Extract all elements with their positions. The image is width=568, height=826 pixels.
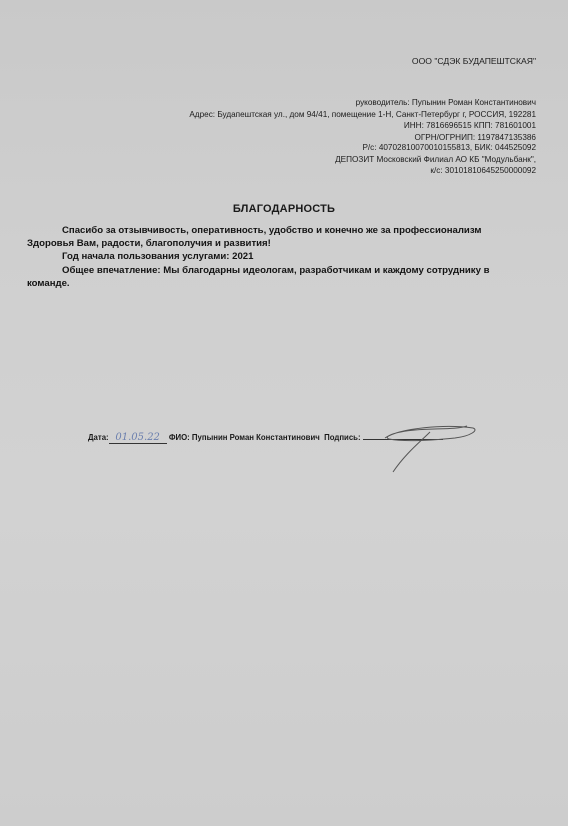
bank-name: ДЕПОЗИТ Московский Филиал АО КБ "Модульб…: [335, 154, 536, 166]
corr-account: к/с: 30101810645250000092: [335, 165, 536, 177]
paragraph: Общее впечатление: Мы благодарны идеолог…: [27, 264, 527, 290]
address: Адрес: Будапештская ул., дом 94/41, поме…: [189, 109, 536, 121]
document-title: БЛАГОДАРНОСТЬ: [0, 203, 568, 215]
company-name: ООО "СДЭК БУДАПЕШТСКАЯ": [412, 56, 536, 68]
bank-account: Р/с: 40702810070010155813, БИК: 04452509…: [335, 142, 536, 154]
paragraph: Здоровья Вам, радости, благополучия и ра…: [27, 237, 527, 250]
date-label: Дата:: [88, 433, 109, 442]
date-value: 01.05.22: [109, 432, 167, 444]
fio-value: Пупынин Роман Константинович: [192, 433, 320, 442]
paragraph: Спасибо за отзывчивость, оперативность, …: [27, 224, 527, 237]
document-body: Спасибо за отзывчивость, оперативность, …: [27, 224, 527, 290]
bank-details: Р/с: 40702810070010155813, БИК: 04452509…: [335, 142, 536, 177]
handwritten-signature-icon: [375, 418, 485, 478]
signature-label: Подпись:: [324, 433, 360, 442]
inn-kpp: ИНН: 7816696515 КПП: 781601001: [189, 120, 536, 132]
director: руководитель: Пупынин Роман Константинов…: [189, 97, 536, 109]
paragraph: Год начала пользования услугами: 2021: [27, 250, 527, 263]
company-requisites: руководитель: Пупынин Роман Константинов…: [189, 97, 536, 143]
fio-label: ФИО:: [169, 433, 190, 442]
